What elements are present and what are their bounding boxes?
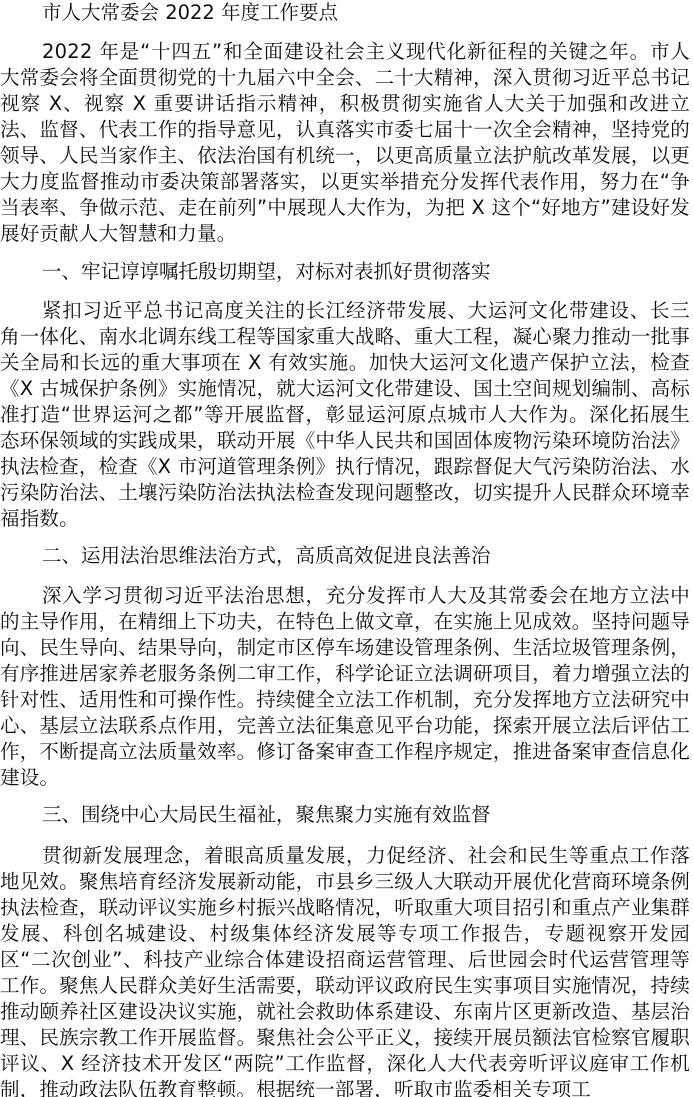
section-3-body: 贯彻新发展理念，着眼高质量发展，力促经济、社会和民生等重点工作落地见效。聚焦培育… [0, 843, 690, 1097]
section-2-heading: 二、运用法治思维法治方式，高质高效促进良法善治 [42, 543, 491, 569]
section-1-heading: 一、牢记谆谆嘱托殷切期望，对标对表抓好贯彻落实 [42, 259, 491, 285]
section-2-body: 深入学习贯彻习近平法治思想，充分发挥市人大及其常委会在地方立法中的主导作用，在精… [0, 583, 690, 791]
document-title: 市人大常委会 2022 年度工作要点 [42, 0, 338, 26]
section-3-heading: 三、围绕中心大局民生福祉，聚焦聚力实施有效监督 [42, 802, 491, 828]
intro-paragraph: 2022 年是“十四五”和全面建设社会主义现代化新征程的关键之年。市人大常委会将… [0, 39, 690, 247]
section-1-body: 紧扣习近平总书记高度关注的长江经济带发展、大运河文化带建设、长三角一体化、南水北… [0, 298, 690, 532]
